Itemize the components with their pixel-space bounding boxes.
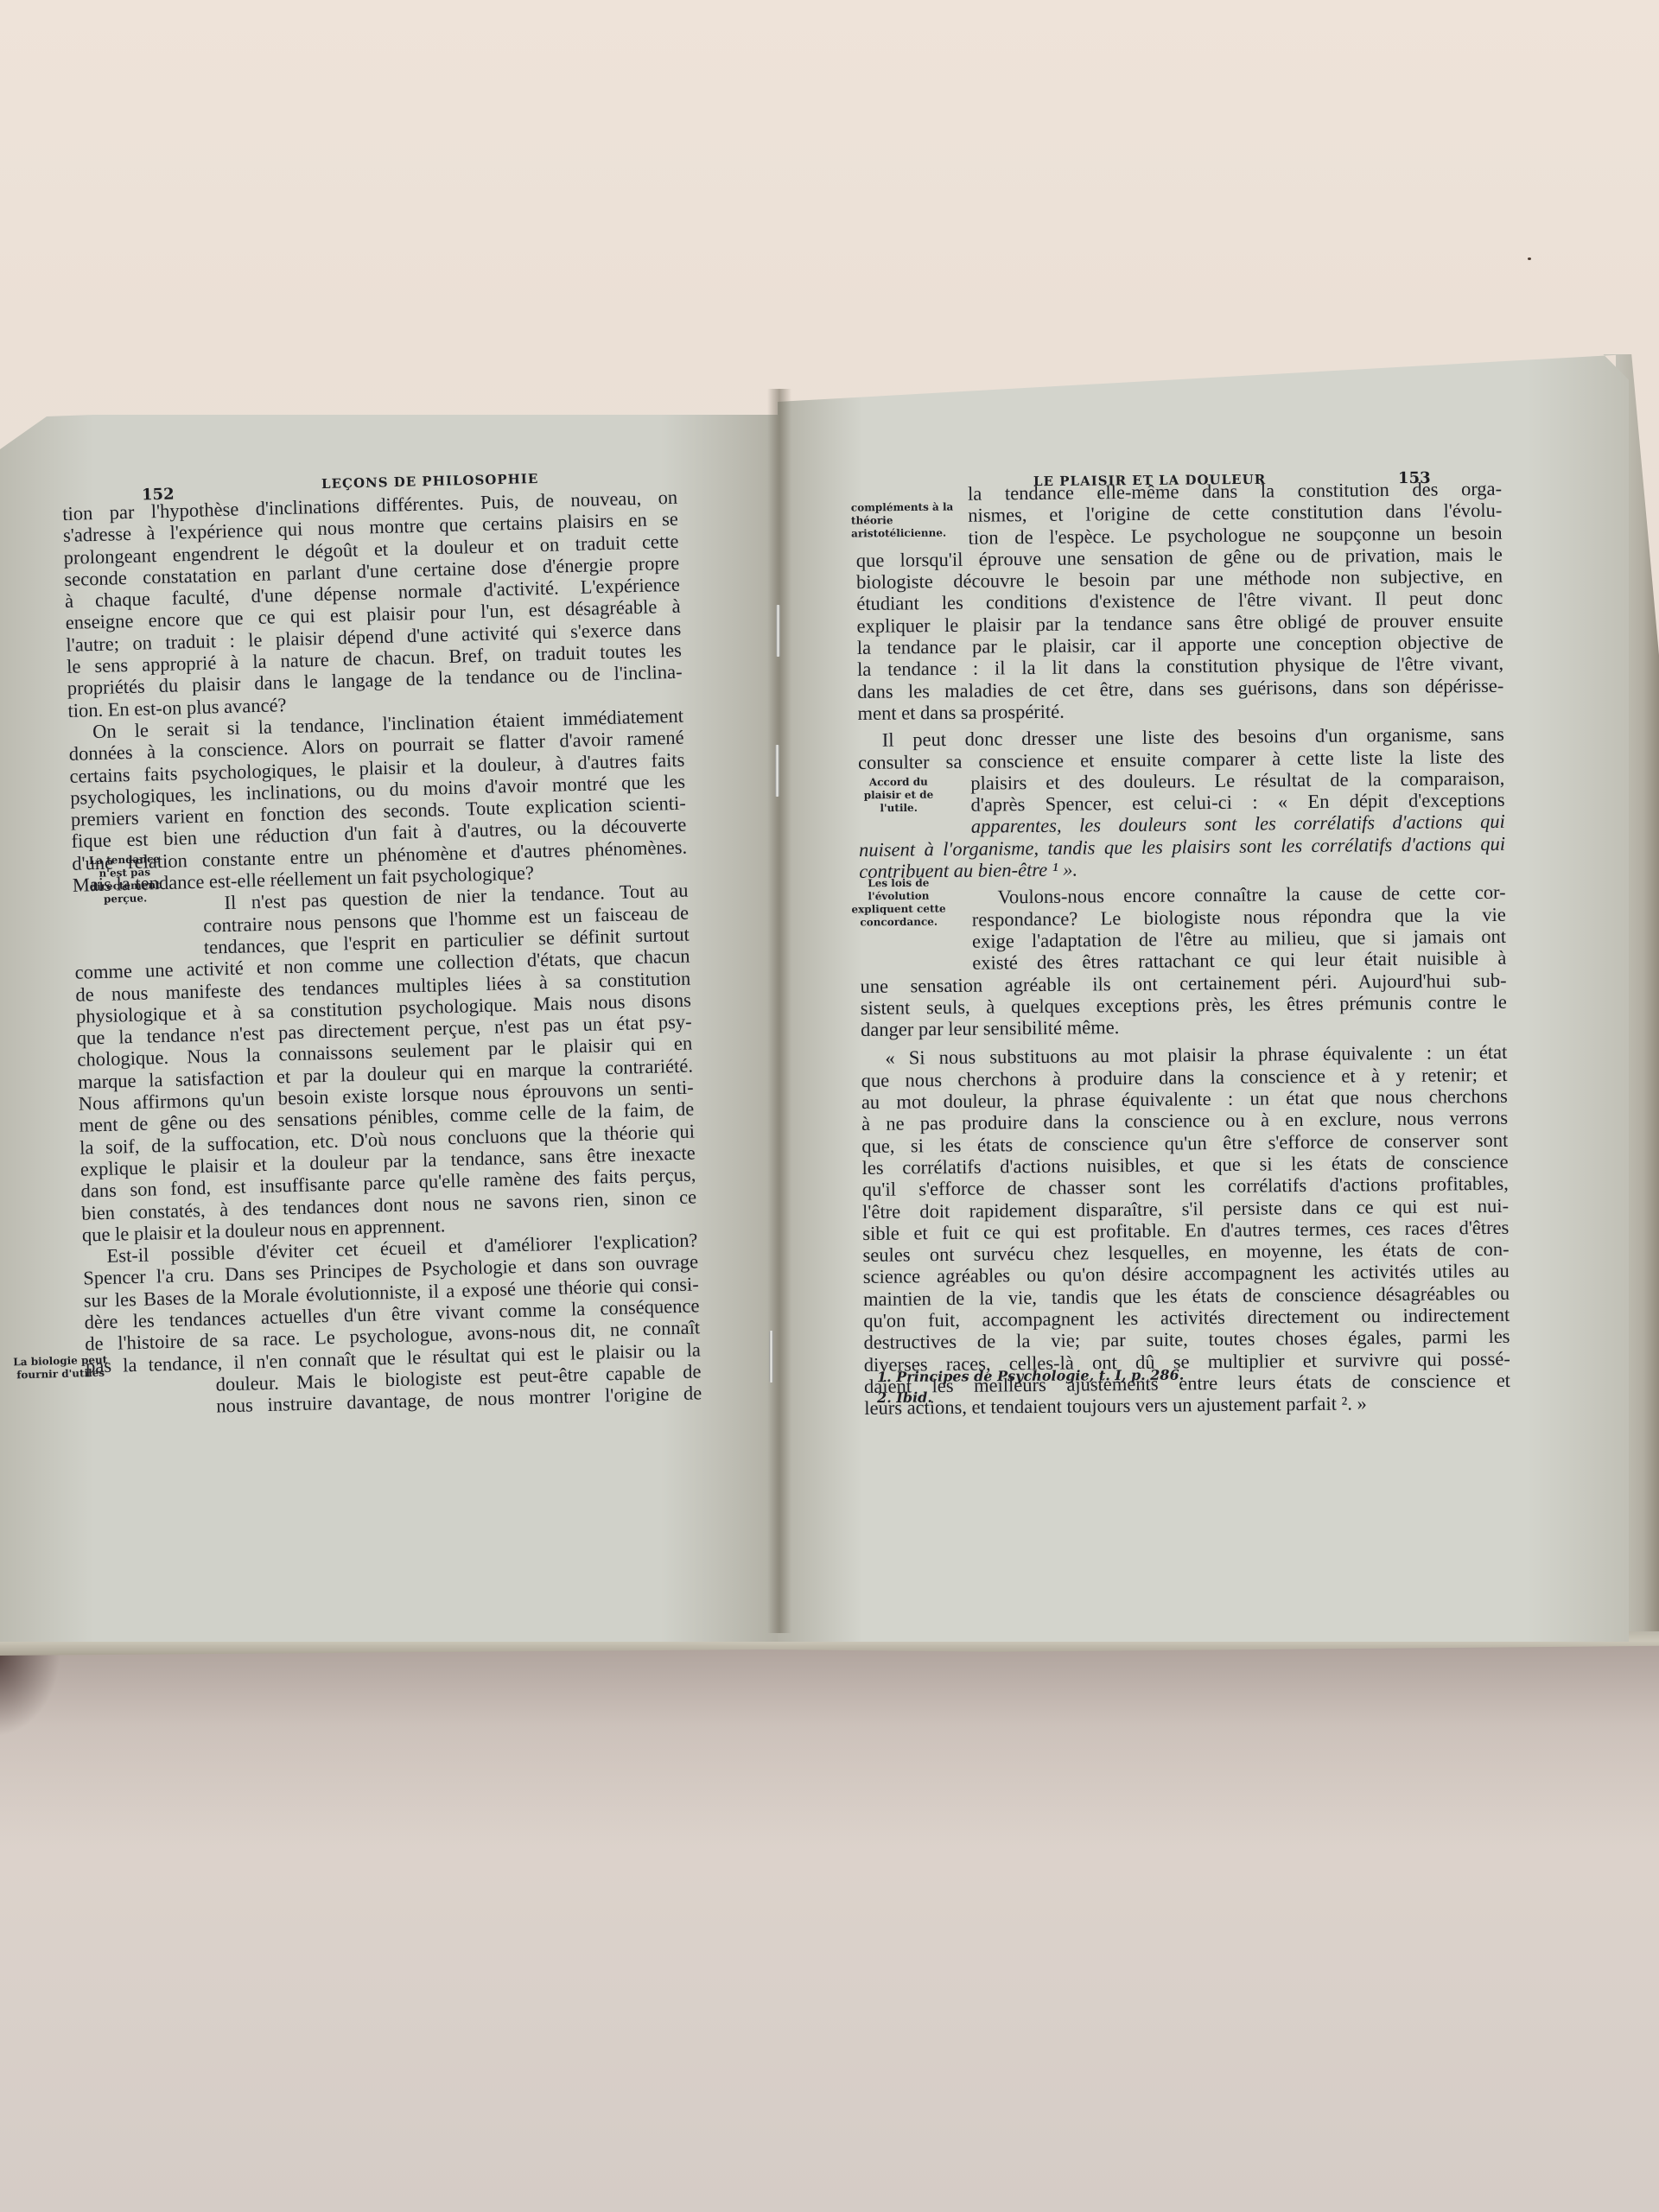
margin-note: Les lois de l'évolution expliquent cette… (851, 877, 947, 930)
margin-note: La tendance n'est pas directement perçue… (79, 853, 171, 907)
margin-note: La biologie peut fournir d'utiles (0, 1353, 121, 1382)
left-page-body: tion par l'hypothèse d'inclinations diff… (62, 486, 702, 1421)
margin-note: Accord du plaisir et de l'utile. (851, 776, 946, 816)
book-gutter (767, 389, 791, 1633)
binding-staple (775, 745, 779, 797)
binding-staple (769, 1331, 773, 1382)
footnotes: 1. Principes de Psychologie, t. I, p. 28… (877, 1363, 1395, 1408)
margin-note: compléments à la théorie aristotélicienn… (851, 500, 959, 540)
footnote: 2. Ibid. (877, 1384, 1395, 1408)
open-book: 152 LEÇONS DE PHILOSOPHIE tion par l'hyp… (0, 0, 1659, 2212)
right-page-body: la tendance elle-même dans la constituti… (855, 478, 1510, 1420)
binding-staple (776, 605, 780, 657)
